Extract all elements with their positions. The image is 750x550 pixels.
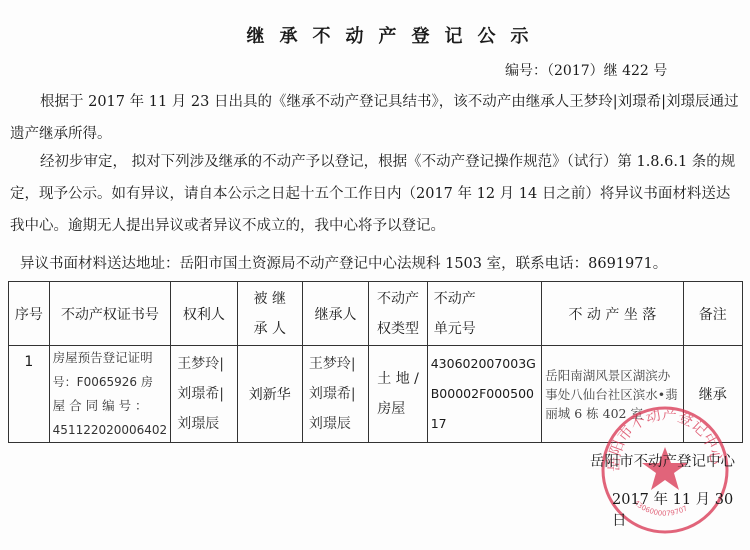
header-location: 不 动 产 坐 落 <box>542 282 683 346</box>
header-right-type: 不动产权类型 <box>369 282 427 346</box>
header-remarks: 备注 <box>683 282 742 346</box>
cell-cert-no: 房屋预告登记证明 号：F0065926 房 屋 合 同 编 号 ： 451122… <box>49 346 171 443</box>
issue-date: 2017 年 11 月 30 日 <box>612 488 750 530</box>
cell-seq: 1 <box>9 346 50 443</box>
objection-address: 异议书面材料送达地址：岳阳市国土资源局不动产登记中心法规科 1503 室，联系电… <box>20 253 750 275</box>
header-unit-no: 不动产单元号 <box>427 282 542 346</box>
header-decedent: 被 继承 人 <box>237 282 302 346</box>
paragraph-basis: 根据于 2017 年 11 月 23 日出具的《继承不动产登记具结书》，该不动产… <box>10 86 740 150</box>
cell-decedent: 刘新华 <box>237 346 302 443</box>
table-header-row: 序号 不动产权证书号 权利人 被 继承 人 继承人 不动产权类型 不动产单元号 … <box>9 282 743 346</box>
header-seq: 序号 <box>9 282 50 346</box>
header-rights-holder: 权利人 <box>171 282 237 346</box>
cell-unit-no: 430602007003G B00002F000500 17 <box>427 346 542 443</box>
header-cert-no: 不动产权证书号 <box>49 282 171 346</box>
header-heirs: 继承人 <box>302 282 368 346</box>
cell-right-type: 土 地 / 房屋 <box>369 346 427 443</box>
issuer-signature: 岳阳市不动产登记中心 <box>590 450 735 471</box>
paragraph-notice: 经初步审定， 拟对下列涉及继承的不动产予以登记，根据《不动产登记操作规范》（试行… <box>10 146 740 242</box>
cell-rights-holder: 王梦玲| 刘璟希| 刘璟辰 <box>171 346 237 443</box>
cell-heirs: 王梦玲| 刘璟希| 刘璟辰 <box>302 346 368 443</box>
page-title: 继承不动产登记公示 <box>0 22 750 48</box>
document-number: 编号：（2017）继 422 号 <box>505 60 667 80</box>
